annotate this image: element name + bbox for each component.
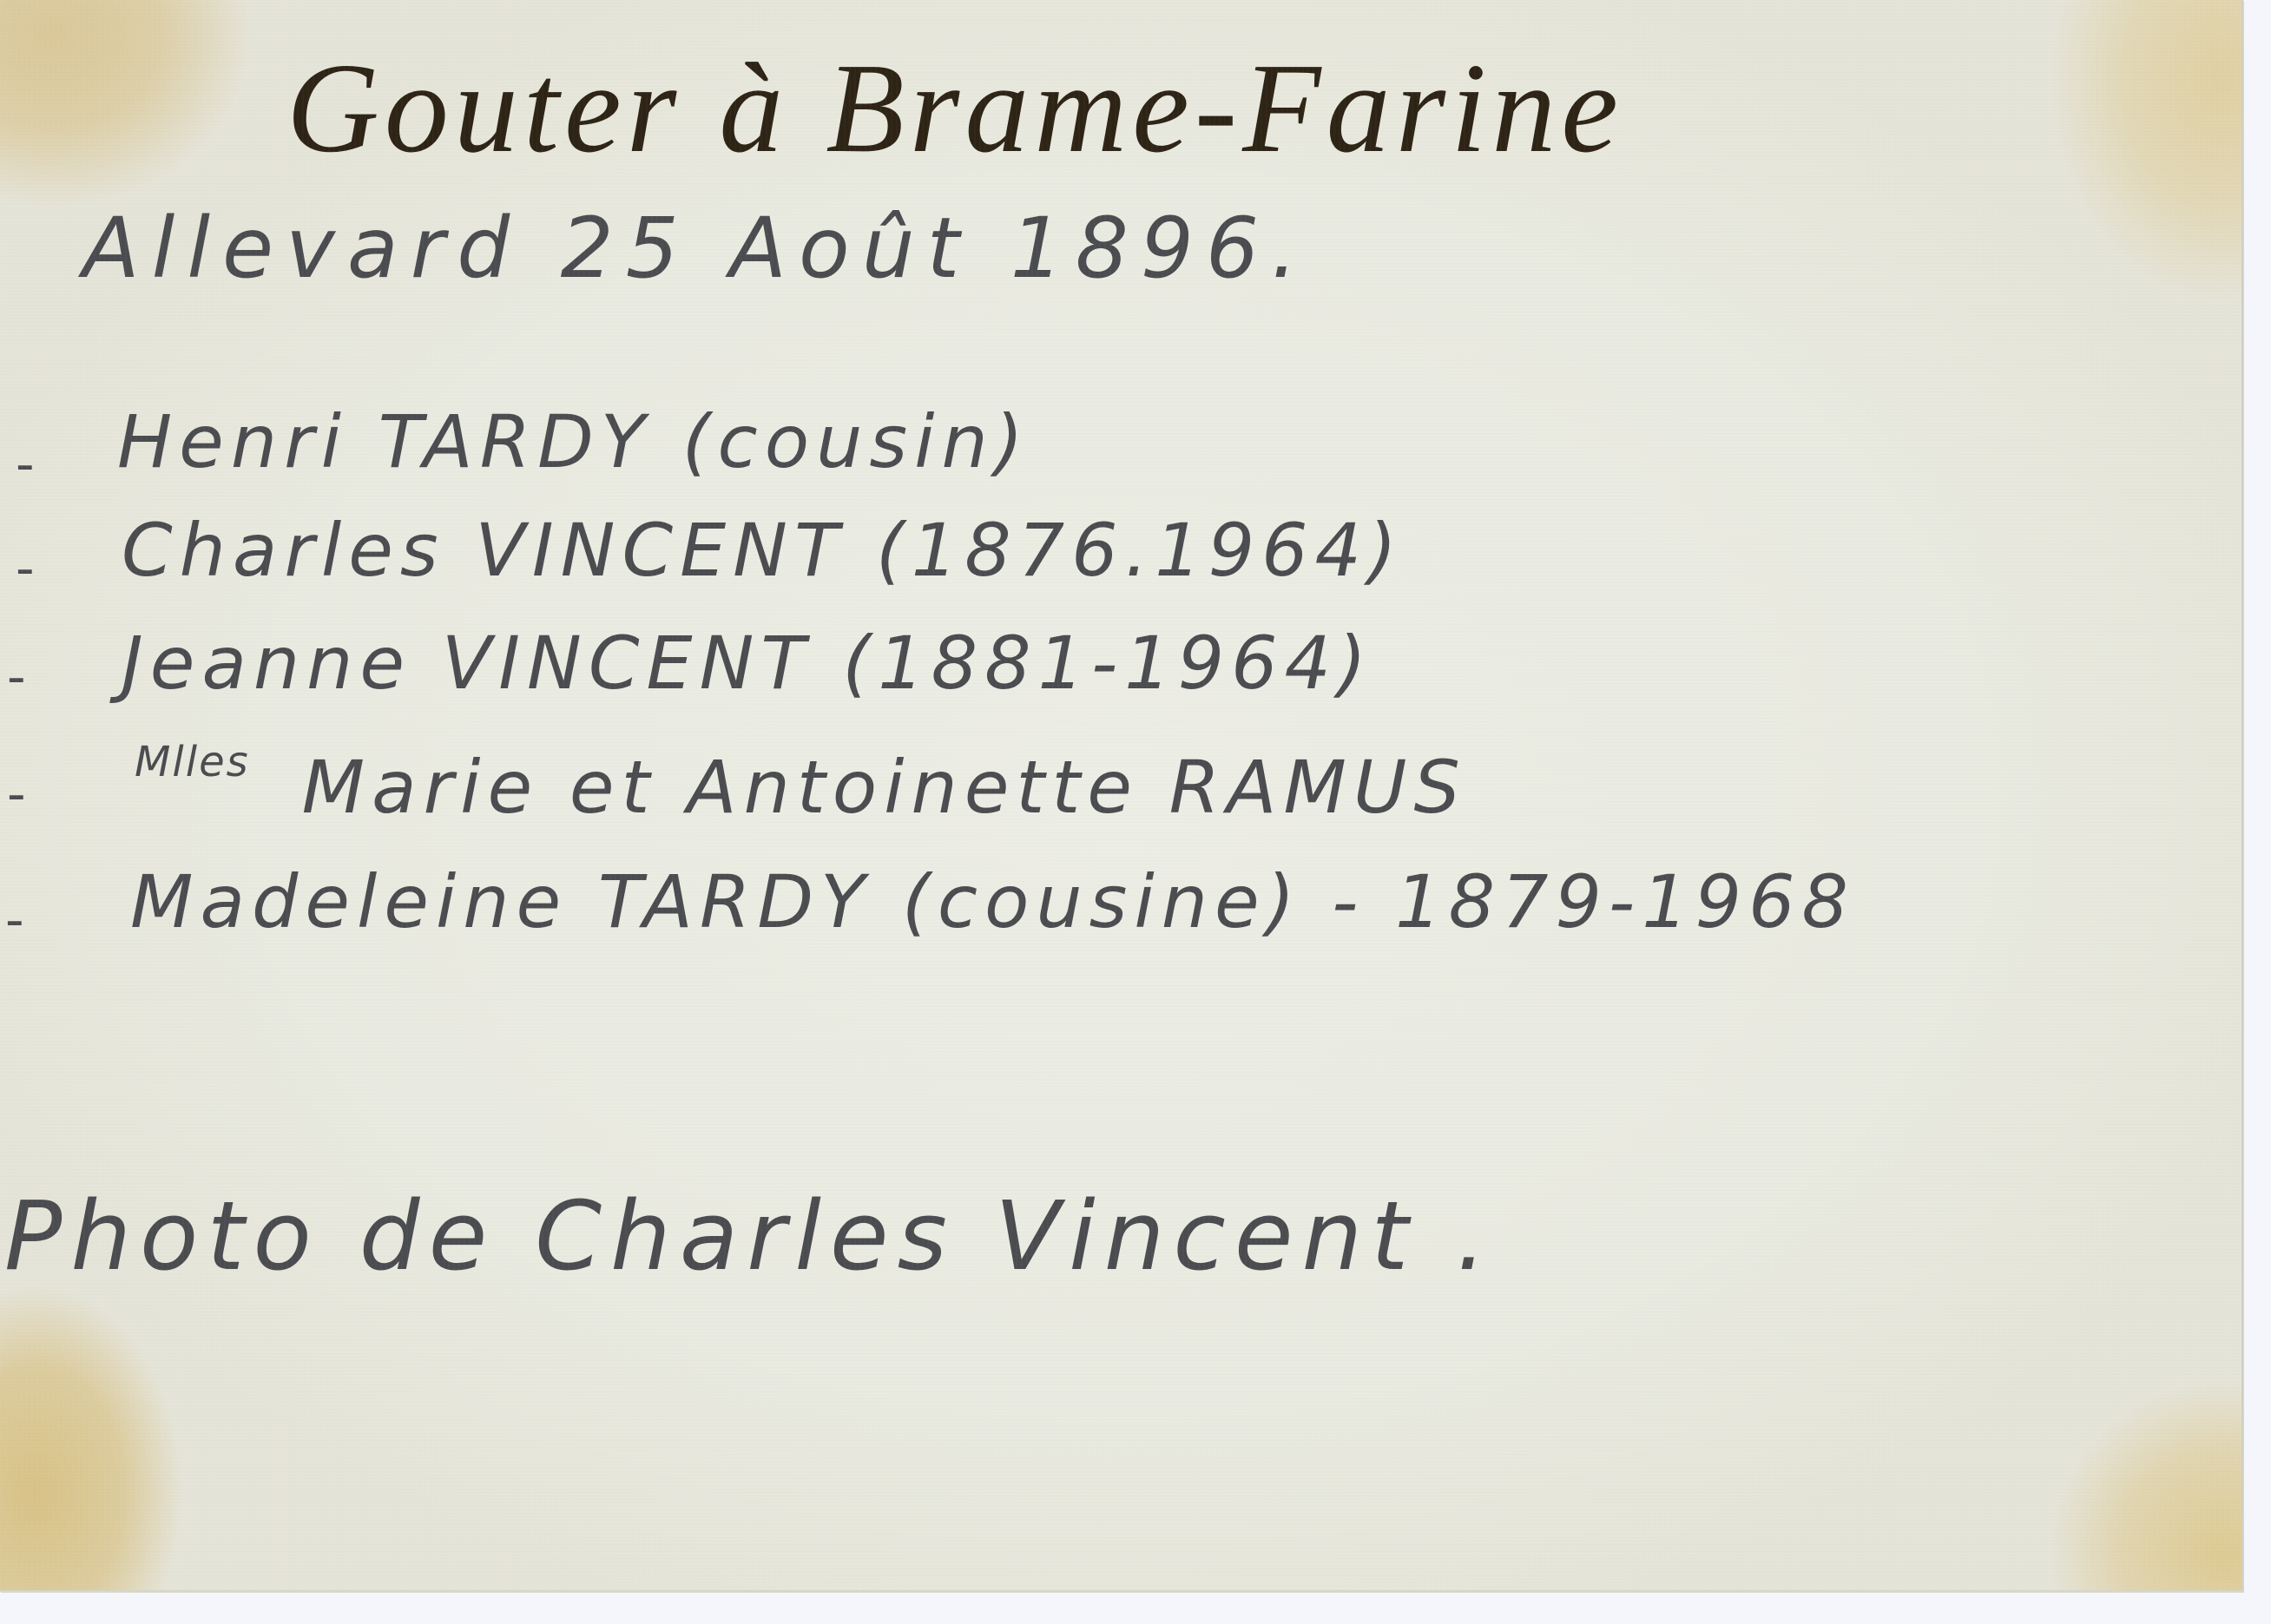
date-location-line: Allevard 25 Août 1896. [82,200,1310,297]
scanned-image: Gouter à Brame-Farine Allevard 25 Août 1… [0,0,2271,1624]
person-name: Marie et Antoinette RAMUS [302,745,1467,830]
list-bullet: - [7,647,26,707]
photo-credit: Photo de Charles Vincent . [4,1180,1495,1292]
list-bullet: - [7,764,26,825]
person-entry: Jeanne VINCENT (1881-1964) [122,621,1373,706]
list-bullet: - [16,434,35,495]
photo-card-back: Gouter à Brame-Farine Allevard 25 Août 1… [0,0,2243,1592]
person-name: Jeanne VINCENT (1881-1964) [122,621,1373,706]
person-name: Charles VINCENT (1876.1964) [122,508,1404,593]
card-title: Gouter à Brame-Farine [286,35,1623,182]
list-bullet: - [16,538,35,599]
person-entry: Henri TARDY (cousin) [117,399,1030,484]
person-name: Madeleine TARDY (cousine) - 1879-1968 [130,859,1855,944]
person-entry: Charles VINCENT (1876.1964) [122,508,1404,593]
person-name: Henri TARDY (cousin) [117,399,1030,484]
list-bullet: - [5,890,24,950]
person-entry: MllesMarie et Antoinette RAMUS [135,738,1467,830]
honorific-prefix: Mlles [135,738,250,786]
person-entry: Madeleine TARDY (cousine) - 1879-1968 [130,859,1855,944]
